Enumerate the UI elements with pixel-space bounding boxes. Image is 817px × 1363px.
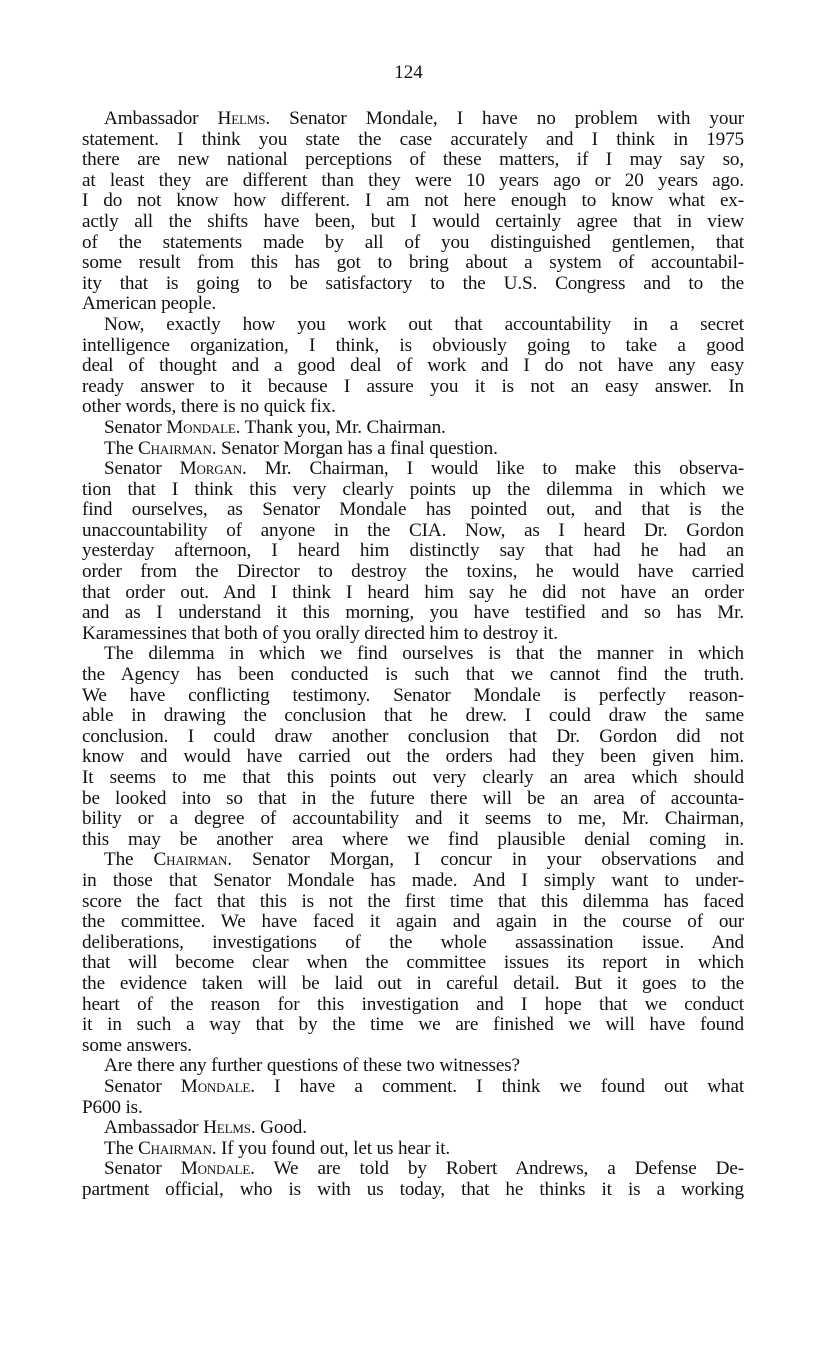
text-line: Ambassador Helms. Senator Mondale, I hav…: [82, 109, 744, 130]
text-line: partment official, who is with us today,…: [82, 1180, 744, 1201]
text-line: find ourselves, as Senator Mondale has p…: [82, 500, 744, 521]
text-line: order from the Director to destroy the t…: [82, 562, 744, 583]
text-line: yesterday afternoon, I heard him distinc…: [82, 541, 744, 562]
text-line: of the statements made by all of you dis…: [82, 233, 744, 254]
text-line: ready answer to it because I assure you …: [82, 377, 744, 398]
speaker-name: Helms: [218, 108, 266, 129]
speaker-name: Chairman: [138, 1138, 212, 1159]
transcript-body: Ambassador Helms. Senator Mondale, I hav…: [82, 109, 744, 1200]
text-line: at least they are different than they we…: [82, 171, 744, 192]
text-line: able in drawing the conclusion that he d…: [82, 706, 744, 727]
text-line: Are there any further questions of these…: [82, 1056, 744, 1077]
paragraph-further-questions: Are there any further questions of these…: [82, 1056, 744, 1077]
text-line: The dilemma in which we find ourselves i…: [82, 644, 744, 665]
text-line: We have conflicting testimony. Senator M…: [82, 686, 744, 707]
text-line: bility or a degree of accountability and…: [82, 809, 744, 830]
paragraph-chairman-hear-it: The Chairman. If you found out, let us h…: [82, 1139, 744, 1160]
paragraph-helms-good: Ambassador Helms. Good.: [82, 1118, 744, 1139]
paragraph-morgan-observation: Senator Morgan. Mr. Chairman, I would li…: [82, 459, 744, 644]
speaker-name: Mondale: [181, 1076, 250, 1097]
speaker-name: Chairman: [154, 849, 228, 870]
text-line: unaccountability of anyone in the CIA. N…: [82, 521, 744, 542]
text-line: Senator Mondale. We are told by Robert A…: [82, 1159, 744, 1180]
text-line: P600 is.: [82, 1098, 744, 1119]
page-number: 124: [0, 62, 817, 84]
text-line: Ambassador Helms. Good.: [82, 1118, 744, 1139]
text-line: Karamessines that both of you orally dir…: [82, 624, 744, 645]
text-line: the committee. We have faced it again an…: [82, 912, 744, 933]
paragraph-morgan-continued: The dilemma in which we find ourselves i…: [82, 644, 744, 850]
text-line: intelligence organization, I think, is o…: [82, 336, 744, 357]
text-line: The Chairman. Senator Morgan, I concur i…: [82, 850, 744, 871]
speaker-name: Mondale: [181, 1158, 250, 1179]
text-line: there are new national perceptions of th…: [82, 150, 744, 171]
text-line: Senator Mondale. Thank you, Mr. Chairman…: [82, 418, 744, 439]
paragraph-chairman-final-question: The Chairman. Senator Morgan has a final…: [82, 439, 744, 460]
text-line: other words, there is no quick fix.: [82, 397, 744, 418]
text-line: be looked into so that in the future the…: [82, 789, 744, 810]
paragraph-mondale-andrews: Senator Mondale. We are told by Robert A…: [82, 1159, 744, 1200]
paragraph-helms-continued: Now, exactly how you work out that accou…: [82, 315, 744, 418]
text-line: in those that Senator Mondale has made. …: [82, 871, 744, 892]
paragraph-chairman-concur: The Chairman. Senator Morgan, I concur i…: [82, 850, 744, 1056]
text-line: The Chairman. Senator Morgan has a final…: [82, 439, 744, 460]
text-line: some answers.: [82, 1036, 744, 1057]
text-line: that will become clear when the committe…: [82, 953, 744, 974]
speaker-name: Helms: [203, 1117, 251, 1138]
text-line: heart of the reason for this investigati…: [82, 995, 744, 1016]
text-line: Senator Mondale. I have a comment. I thi…: [82, 1077, 744, 1098]
text-line: American people.: [82, 294, 744, 315]
text-line: some result from this has got to bring a…: [82, 253, 744, 274]
text-line: that order out. And I think I heard him …: [82, 583, 744, 604]
paragraph-mondale-comment: Senator Mondale. I have a comment. I thi…: [82, 1077, 744, 1118]
text-line: statement. I think you state the case ac…: [82, 130, 744, 151]
text-line: deliberations, investigations of the who…: [82, 933, 744, 954]
text-line: It seems to me that this points out very…: [82, 768, 744, 789]
text-line: score the fact that this is not the firs…: [82, 892, 744, 913]
text-line: the Agency has been conducted is such th…: [82, 665, 744, 686]
paragraph-mondale-thanks: Senator Mondale. Thank you, Mr. Chairman…: [82, 418, 744, 439]
text-line: tion that I think this very clearly poin…: [82, 480, 744, 501]
text-line: ity that is going to be satisfactory to …: [82, 274, 744, 295]
speaker-name: Mondale: [166, 417, 235, 438]
text-line: know and would have carried out the orde…: [82, 747, 744, 768]
text-line: it in such a way that by the time we are…: [82, 1015, 744, 1036]
speaker-name: Chairman: [138, 438, 212, 459]
text-line: actly all the shifts have been, but I wo…: [82, 212, 744, 233]
text-line: Now, exactly how you work out that accou…: [82, 315, 744, 336]
text-line: conclusion. I could draw another conclus…: [82, 727, 744, 748]
speaker-name: Morgan: [180, 458, 242, 479]
text-line: the evidence taken will be laid out in c…: [82, 974, 744, 995]
paragraph-helms-statement: Ambassador Helms. Senator Mondale, I hav…: [82, 109, 744, 315]
text-line: I do not know how different. I am not he…: [82, 191, 744, 212]
text-line: and as I understand it this morning, you…: [82, 603, 744, 624]
text-line: this may be another area where we find p…: [82, 830, 744, 851]
text-line: deal of thought and a good deal of work …: [82, 356, 744, 377]
text-line: Senator Morgan. Mr. Chairman, I would li…: [82, 459, 744, 480]
text-line: The Chairman. If you found out, let us h…: [82, 1139, 744, 1160]
